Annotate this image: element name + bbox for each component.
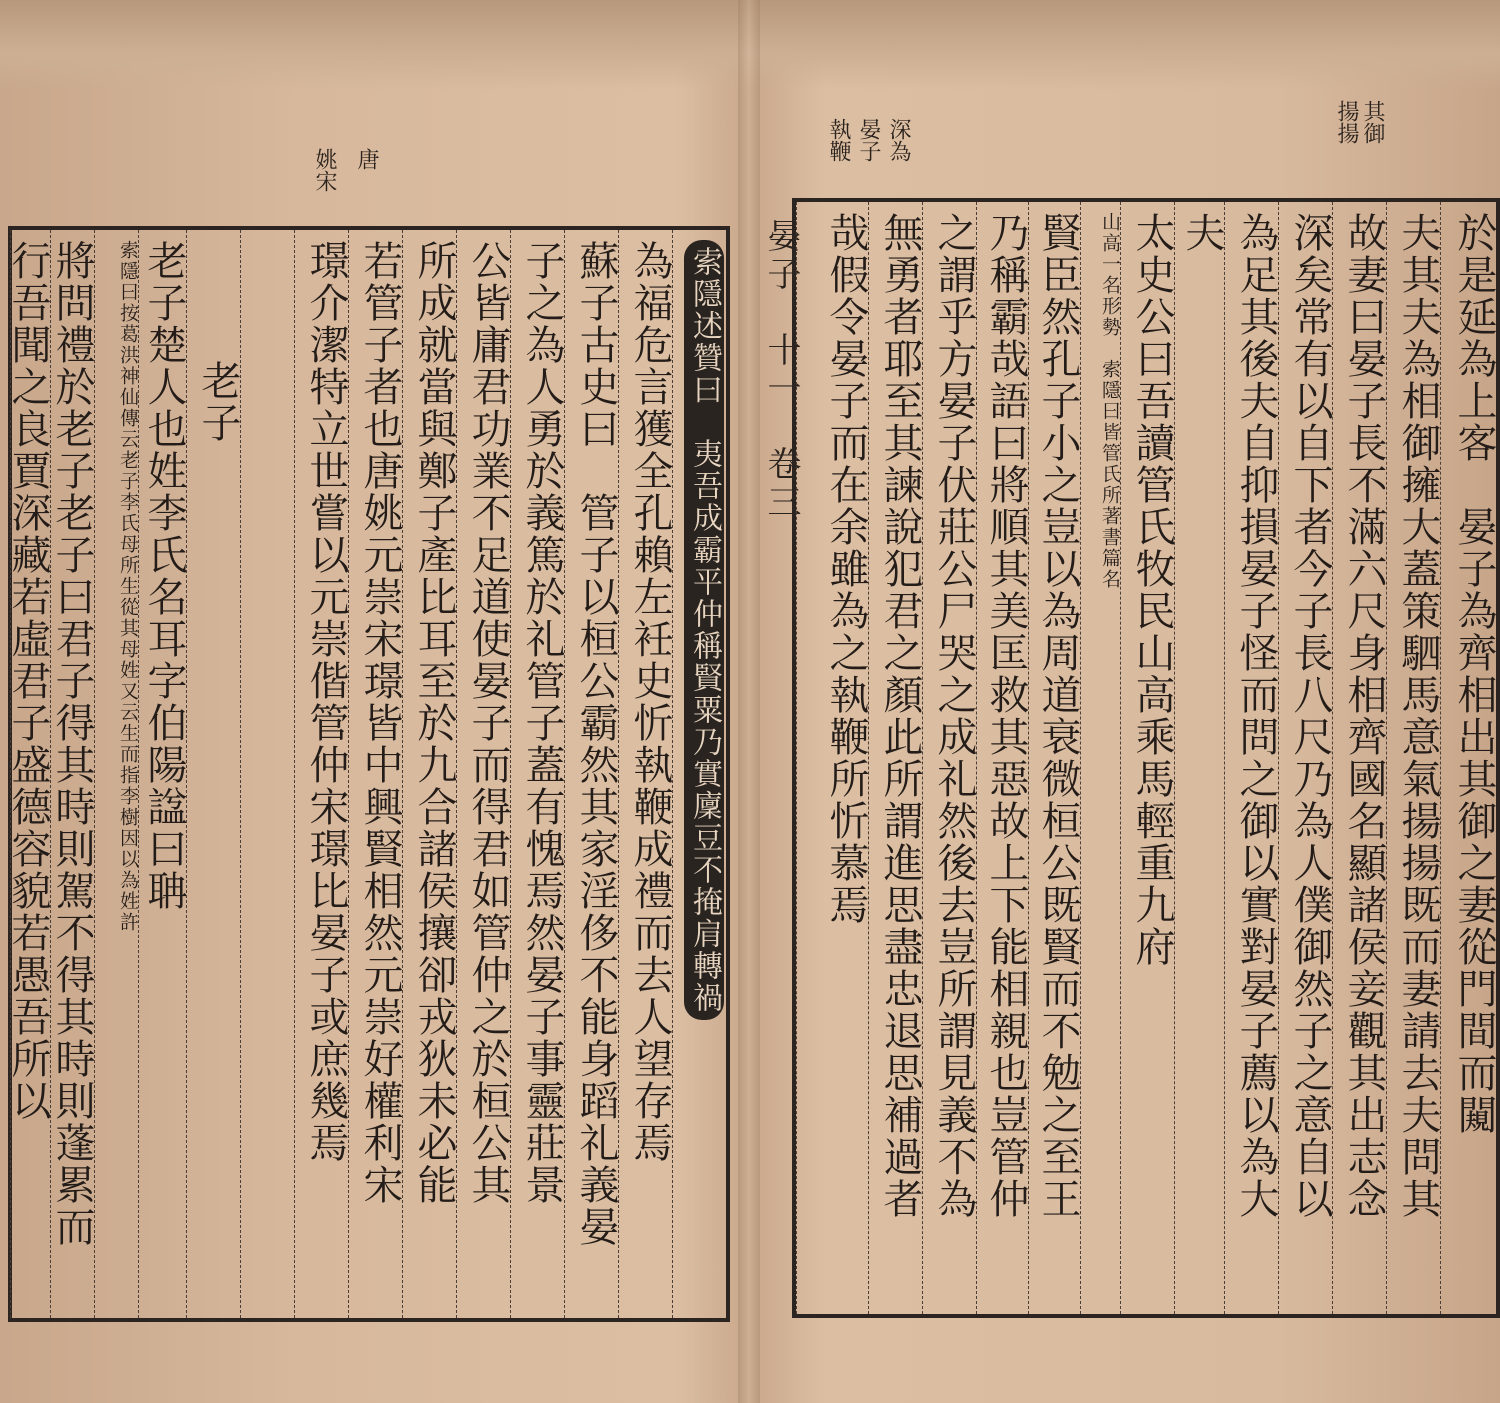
text-column: 為福危言獲全孔賴左衽史忻執鞭成禮而去人望存焉	[618, 230, 672, 1318]
blank-column	[240, 230, 294, 1318]
text-frame: 於是延為上客 晏子為齊相出其御之妻從門間而闚 夫其夫為相御擁大蓋策駟馬意氣揚揚既…	[792, 198, 1500, 1318]
text-column: 蘇子古史曰 管子以桓公霸然其家淫侈不能身蹈礼義晏	[564, 230, 618, 1318]
text-column: 公皆庸君功業不足道使晏子而得君如管仲之於桓公其	[456, 230, 510, 1318]
text-column: 夫其夫為相御擁大蓋策駟馬意氣揚揚既而妻請去夫問其	[1386, 202, 1440, 1314]
margin-note-text: 姚宋	[312, 148, 337, 192]
text-column: 賢臣然孔子小之豈以為周道衰微桓公既賢而不勉之至王	[1028, 202, 1080, 1314]
text-column: 行吾聞之良賈深藏若虛君子盛德容貌若愚吾所以	[10, 230, 50, 1318]
text-column: 若管子者也唐姚元崇宋璟皆中興賢相然元崇好權利宋	[348, 230, 402, 1318]
text-column: 子之為人勇於義篤於礼管子蓋有愧焉然晏子事靈莊景	[510, 230, 564, 1318]
text-column: 故妻曰晏子長不滿六尺身相齊國名顯諸侯妾觀其出志念	[1332, 202, 1386, 1314]
text-column: 將問禮於老子老子曰君子得其時則駕不得其時則蓬累而	[50, 230, 94, 1318]
upper-margin-note: 其御	[1360, 100, 1384, 144]
margin-note-text: 揚揚	[1334, 100, 1359, 144]
commentary-badge: 索隱述贊曰 夷吾成霸平仲稱賢粟乃實廩豆不掩肩轉禍	[684, 240, 724, 1020]
upper-margin-note: 姚宋	[312, 148, 336, 192]
text-column: 哉假令晏子而在余雖為之執鞭所忻慕焉	[796, 202, 868, 1314]
text-column: 為足其後夫自抑損晏子怪而問之御以實對晏子薦以為大	[1224, 202, 1278, 1314]
text-column: 深矣常有以自下者今子長八尺乃為人僕御然子之意自以	[1278, 202, 1332, 1314]
interlinear-note: 索隱曰按葛洪神仙傳云老子李氏母所生從其母姓又云生而指李樹因以為姓許	[94, 230, 138, 1318]
text-column: 之謂乎方晏子伏莊公尸哭之成礼然後去豈所謂見義不為	[922, 202, 976, 1314]
book-spread: 其御 揚揚 深為 晏子 執鞭 晏子 十一 卷三 於是延為上客 晏子為齊相出其御之…	[0, 0, 1500, 1403]
section-title: 老子	[186, 230, 240, 1318]
upper-margin-note: 揚揚	[1334, 100, 1358, 144]
text-column: 無勇者耶至其諫說犯君之顏此所謂進思盡忠退思補過者	[868, 202, 922, 1314]
interlinear-note: 山高一名形勢 索隱曰皆管氏所著書篇名	[1080, 202, 1120, 1314]
text-column: 所成就當與鄭子產比耳至於九合諸侯攘卻戎狄未必能	[402, 230, 456, 1318]
margin-note-text: 唐	[354, 148, 379, 170]
upper-margin-note: 晏子	[856, 118, 880, 162]
text-frame: 索隱述贊曰 夷吾成霸平仲稱賢粟乃實廩豆不掩肩轉禍 為福危言獲全孔賴左衽史忻執鞭成…	[8, 226, 730, 1322]
upper-margin-note: 唐	[354, 148, 378, 170]
upper-margin-note: 執鞭	[826, 118, 850, 162]
text-column: 夫	[1174, 202, 1224, 1314]
upper-margin-note: 深為	[886, 118, 910, 162]
left-page: 唐 姚宋 索隱述贊曰 夷吾成霸平仲稱賢粟乃實廩豆不掩肩轉禍 為福危言獲全孔賴左衽…	[0, 0, 740, 1403]
margin-note-text: 其御	[1360, 100, 1385, 144]
text-column: 璟介潔特立世嘗以元崇偕管仲宋璟比晏子或庶幾焉	[294, 230, 348, 1318]
text-column: 老子楚人也姓李氏名耳字伯陽諡曰聃	[138, 230, 186, 1318]
margin-note-text: 深為	[886, 118, 911, 162]
book-fold	[738, 0, 760, 1403]
margin-note-text: 執鞭	[826, 118, 851, 162]
text-column: 索隱述贊曰 夷吾成霸平仲稱賢粟乃實廩豆不掩肩轉禍	[672, 230, 726, 1318]
margin-note-text: 晏子	[856, 118, 881, 162]
right-page: 其御 揚揚 深為 晏子 執鞭 晏子 十一 卷三 於是延為上客 晏子為齊相出其御之…	[760, 0, 1500, 1403]
text-column: 於是延為上客 晏子為齊相出其御之妻從門間而闚	[1440, 202, 1496, 1314]
text-column: 乃稱霸哉語曰將順其美匡救其惡故上下能相親也豈管仲	[976, 202, 1028, 1314]
text-column: 太史公曰吾讀管氏牧民山高乘馬輕重九府	[1120, 202, 1174, 1314]
